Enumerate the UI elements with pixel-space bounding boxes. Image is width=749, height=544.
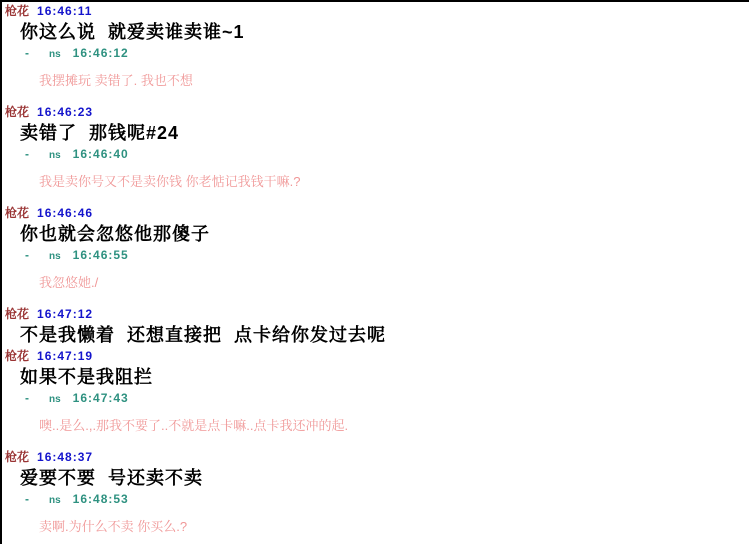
message-text: 爱要不要 号还卖不卖 xyxy=(20,467,749,489)
message-list: 枪花16:46:11你这么说 就爱卖谁卖谁~1-ns16:46:12我摆摊玩 卖… xyxy=(2,2,749,533)
sender-name-dash: - xyxy=(25,147,29,161)
message-text: 卖啊.为什么不卖 你买么.? xyxy=(39,520,749,533)
timestamp: 16:47:43 xyxy=(73,391,129,405)
timestamp: 16:48:53 xyxy=(73,492,129,506)
timestamp: 16:46:46 xyxy=(37,206,93,220)
sender-name: ns xyxy=(49,150,61,161)
chat-message-block: -ns16:46:12我摆摊玩 卖错了. 我也不想 xyxy=(2,46,749,87)
timestamp: 16:46:40 xyxy=(73,147,129,161)
sender-name: ns xyxy=(49,495,61,506)
sender-name: 枪花 xyxy=(5,105,29,119)
message-header: -ns16:48:53 xyxy=(25,492,749,508)
message-header: 枪花16:47:19 xyxy=(5,349,749,363)
timestamp: 16:47:12 xyxy=(37,307,93,321)
timestamp: 16:48:37 xyxy=(37,450,93,464)
message-text: 如果不是我阻拦 xyxy=(20,366,749,388)
sender-name: 枪花 xyxy=(5,206,29,220)
message-text: 卖错了 那钱呢#24 xyxy=(20,122,749,144)
sender-name-dash: - xyxy=(25,46,29,60)
chat-message-block: 枪花16:47:19如果不是我阻拦 xyxy=(2,349,749,388)
chat-message-block: 枪花16:48:37爱要不要 号还卖不卖 xyxy=(2,450,749,489)
message-header: -ns16:46:40 xyxy=(25,147,749,163)
sender-name: ns xyxy=(49,394,61,405)
chat-message-block: -ns16:47:43噢..是么.,.那我不要了..不就是点卡嘛..点卡我还冲的… xyxy=(2,391,749,432)
message-header: 枪花16:46:46 xyxy=(5,206,749,220)
sender-name: 枪花 xyxy=(5,349,29,363)
message-header: 枪花16:47:12 xyxy=(5,307,749,321)
message-text: 我忽悠她./ xyxy=(39,276,749,289)
message-header: 枪花16:46:23 xyxy=(5,105,749,119)
message-text: 你也就会忽悠他那傻子 xyxy=(20,223,749,245)
sender-name: ns xyxy=(49,49,61,60)
timestamp: 16:46:55 xyxy=(73,248,129,262)
chat-message-block: 枪花16:47:12不是我懒着 还想直接把 点卡给你发过去呢 xyxy=(2,307,749,346)
chat-message-block: -ns16:48:53卖啊.为什么不卖 你买么.? xyxy=(2,492,749,533)
timestamp: 16:47:19 xyxy=(37,349,93,363)
message-header: -ns16:46:12 xyxy=(25,46,749,62)
timestamp: 16:46:23 xyxy=(37,105,93,119)
sender-name: 枪花 xyxy=(5,4,29,18)
chat-message-block: 枪花16:46:23卖错了 那钱呢#24 xyxy=(2,105,749,144)
sender-name-dash: - xyxy=(25,492,29,506)
message-header: 枪花16:48:37 xyxy=(5,450,749,464)
chat-message-block: 枪花16:46:46你也就会忽悠他那傻子 xyxy=(2,206,749,245)
sender-name: 枪花 xyxy=(5,307,29,321)
sender-name: 枪花 xyxy=(5,450,29,464)
timestamp: 16:46:11 xyxy=(37,4,92,18)
timestamp: 16:46:12 xyxy=(73,46,129,60)
sender-name-dash: - xyxy=(25,248,29,262)
message-header: -ns16:46:55 xyxy=(25,248,749,264)
message-text: 我是卖你号又不是卖你钱 你老惦记我钱干嘛.? xyxy=(39,175,749,188)
message-text: 噢..是么.,.那我不要了..不就是点卡嘛..点卡我还冲的起. xyxy=(39,419,749,432)
chat-message-block: -ns16:46:55我忽悠她./ xyxy=(2,248,749,289)
chat-message-block: 枪花16:46:11你这么说 就爱卖谁卖谁~1 xyxy=(2,4,749,43)
message-header: 枪花16:46:11 xyxy=(5,4,749,18)
chat-message-block: -ns16:46:40我是卖你号又不是卖你钱 你老惦记我钱干嘛.? xyxy=(2,147,749,188)
chat-history-window: 枪花16:46:11你这么说 就爱卖谁卖谁~1-ns16:46:12我摆摊玩 卖… xyxy=(0,0,749,544)
message-text: 我摆摊玩 卖错了. 我也不想 xyxy=(39,74,749,87)
sender-name-dash: - xyxy=(25,391,29,405)
message-text: 不是我懒着 还想直接把 点卡给你发过去呢 xyxy=(20,324,749,346)
message-text: 你这么说 就爱卖谁卖谁~1 xyxy=(20,21,749,43)
sender-name: ns xyxy=(49,251,61,262)
message-header: -ns16:47:43 xyxy=(25,391,749,407)
